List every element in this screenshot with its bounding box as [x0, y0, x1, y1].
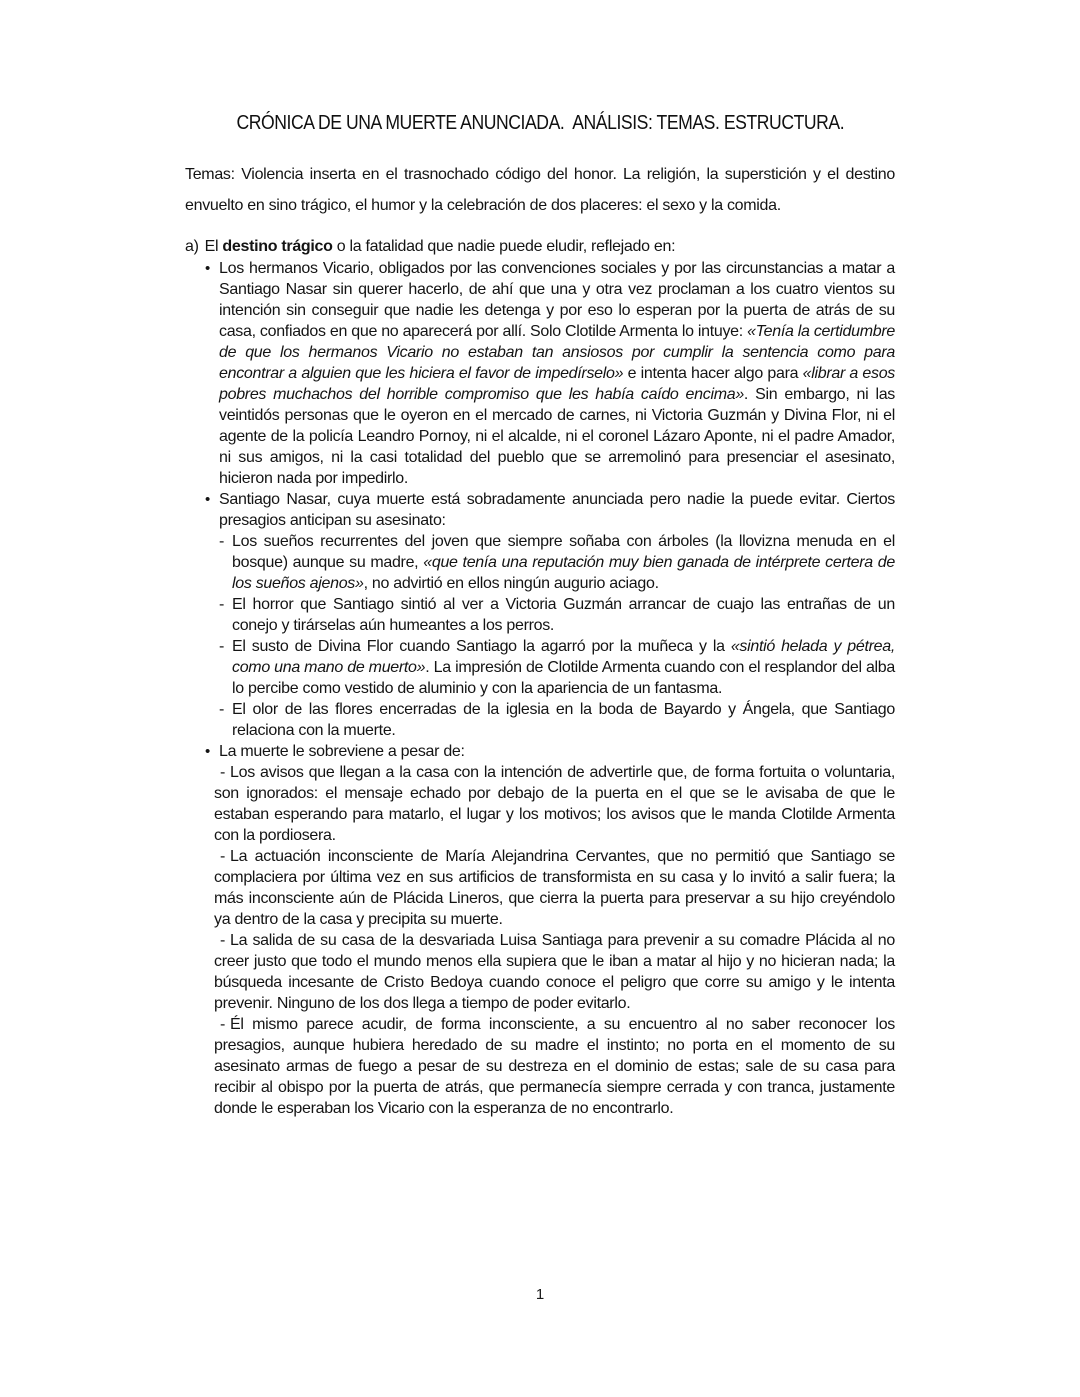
sub-item-susto: El susto de Divina Flor cuando Santiago … [232, 636, 895, 699]
page-content: CRÓNICA DE UNA MUERTE ANUNCIADA. ANÁLISI… [185, 112, 895, 1119]
section-a-marker: a) [185, 238, 199, 255]
bullet-list: • Los hermanos Vicario, obligados por la… [185, 258, 895, 1119]
dash-paragraph-actuacion: -La actuación inconsciente de María Alej… [214, 846, 895, 930]
page-title: CRÓNICA DE UNA MUERTE ANUNCIADA. ANÁLISI… [185, 112, 895, 135]
sub-item-suenos: Los sueños recurrentes del joven que sie… [232, 531, 895, 594]
bullet-text-la-muerte: La muerte le sobreviene a pesar de: [219, 741, 895, 762]
dash-paragraph-text: Él mismo parece acudir, de forma inconsc… [214, 1016, 895, 1117]
dash-icon: - [219, 699, 232, 720]
sub-list: - Los sueños recurrentes del joven que s… [219, 531, 895, 741]
bullet-text-santiago-nasar: Santiago Nasar, cuya muerte está sobrada… [219, 489, 895, 531]
page-title-text: CRÓNICA DE UNA MUERTE ANUNCIADA. ANÁLISI… [236, 112, 844, 135]
bullet-text-hermanos-vicario: Los hermanos Vicario, obligados por las … [219, 258, 895, 489]
list-item: - El olor de las flores encerradas de la… [219, 699, 895, 741]
dash-paragraph-text: La actuación inconsciente de María Aleja… [214, 848, 895, 928]
dash-paragraph-text: Los avisos que llegan a la casa con la i… [214, 764, 895, 844]
document-page: CRÓNICA DE UNA MUERTE ANUNCIADA. ANÁLISI… [0, 0, 1080, 1397]
section-a-heading: a)El destino trágico o la fatalidad que … [185, 236, 895, 257]
dash-paragraph-el-mismo: -Él mismo parece acudir, de forma incons… [214, 1014, 895, 1119]
page-number: 1 [0, 1286, 1080, 1303]
list-item: • Los hermanos Vicario, obligados por la… [185, 258, 895, 489]
section-a-lead: El destino trágico o la fatalidad que na… [205, 238, 676, 255]
list-item: - El horror que Santiago sintió al ver a… [219, 594, 895, 636]
list-item: • Santiago Nasar, cuya muerte está sobra… [185, 489, 895, 741]
dash-icon: - [219, 636, 232, 657]
bullet-icon: • [205, 258, 219, 279]
dash-paragraph-text: La salida de su casa de la desvariada Lu… [214, 932, 895, 1012]
dash-icon: - [220, 764, 225, 781]
dash-paragraph-avisos: -Los avisos que llegan a la casa con la … [214, 762, 895, 846]
bullet-body: La muerte le sobreviene a pesar de: -Los… [219, 741, 895, 1119]
dash-icon: - [220, 932, 225, 949]
list-item: - Los sueños recurrentes del joven que s… [219, 531, 895, 594]
dash-icon: - [219, 531, 232, 552]
bullet-icon: • [205, 741, 219, 762]
bullet-icon: • [205, 489, 219, 510]
dash-icon: - [220, 1016, 225, 1033]
bullet-body: Santiago Nasar, cuya muerte está sobrada… [219, 489, 895, 741]
intro-paragraph: Temas: Violencia inserta en el trasnocha… [185, 159, 895, 221]
list-item: - El susto de Divina Flor cuando Santiag… [219, 636, 895, 699]
dash-icon: - [220, 848, 225, 865]
dash-icon: - [219, 594, 232, 615]
list-item: • La muerte le sobreviene a pesar de: -L… [185, 741, 895, 1119]
sub-item-olor: El olor de las flores encerradas de la i… [232, 699, 895, 741]
sub-item-horror: El horror que Santiago sintió al ver a V… [232, 594, 895, 636]
dash-paragraph-salida: -La salida de su casa de la desvariada L… [214, 930, 895, 1014]
